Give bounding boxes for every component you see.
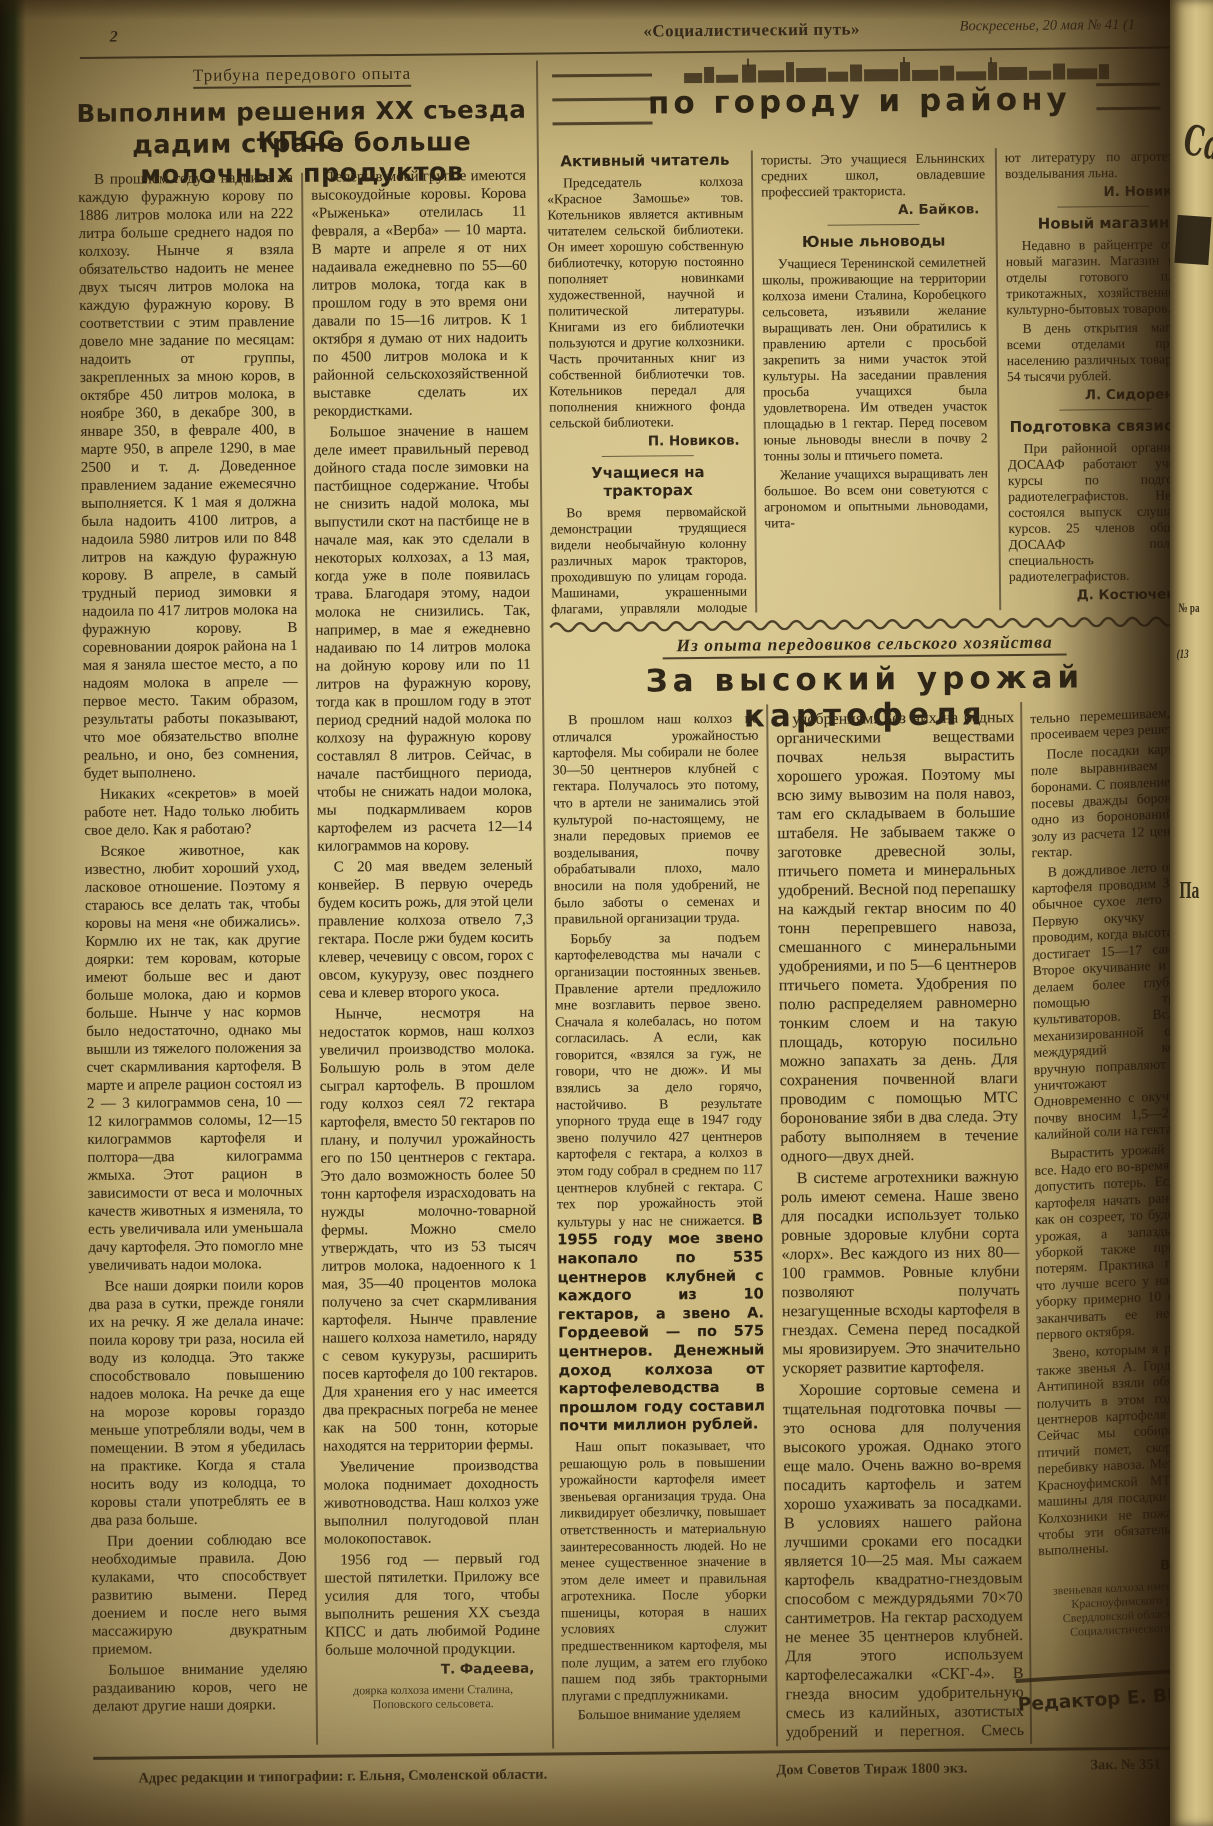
paragraph: Увеличение производства молока поднимает… <box>323 1457 539 1549</box>
article-title: Учащиеся на тракторах <box>550 463 746 501</box>
adjacent-page-fragment: Па <box>1179 878 1199 905</box>
milk-article-kicker: Трибуна передового опыта <box>193 64 411 89</box>
paragraph: Борьбу за подъем картофелеводства мы нач… <box>554 929 765 1436</box>
signature: П. Новиков. <box>550 433 740 451</box>
paragraph: тористы. Это учащиеся Ельнинских средних… <box>761 150 985 200</box>
adjacent-page-fragment: № ра <box>1179 600 1200 616</box>
newspaper-page: 2 «Социалистический путь» Воскресенье, 2… <box>0 0 1213 1826</box>
article-title: Подготовка связистов <box>1007 416 1179 436</box>
potato-column-1: В прошлом наш колхоз не отличался урожай… <box>552 710 768 1748</box>
article-title: Новый магазин <box>1005 213 1179 233</box>
paragraph: Недавно в райцентре открыт новый магазин… <box>1006 236 1180 318</box>
article-separator <box>1059 409 1151 411</box>
paragraph: Хорошие сортовые семена и тщательная под… <box>783 1379 1024 1746</box>
paragraph: В системе агротехники важную роль имеют … <box>781 1167 1021 1378</box>
paragraph: Никаких «секретов» в моей работе нет. На… <box>84 784 300 840</box>
paragraph: Нынче, несмотря на недостаток кормов, на… <box>319 1004 538 1456</box>
decorative-dash <box>552 73 652 76</box>
paragraph: Все наши доярки поили коров два раза в с… <box>89 1276 306 1530</box>
paragraph: Вырастить урожай — это не все. Надо его … <box>1034 1138 1189 1344</box>
potato-kicker-wrap: Из опыта передовиков сельского хозяйства <box>549 630 1179 657</box>
adjacent-page-masthead-block <box>1174 215 1211 265</box>
paragraph: В прошлом году я надоила на каждую фураж… <box>78 169 299 783</box>
paragraph: В день открытия магазина всеми отделами … <box>1006 319 1179 385</box>
paragraph: 1956 год — первый год шестой пятилетки. … <box>324 1550 540 1660</box>
paragraph: тельно перемешиваем, а затем просеиваем … <box>1030 706 1189 744</box>
city-column-1: Активный читатель Председатель колхоза «… <box>547 151 747 619</box>
paragraph: Большое значение в нашем деле имеет прав… <box>313 422 532 856</box>
paragraph: Учащиеся Теренинской семилетней школы, п… <box>762 254 988 464</box>
dateline: Воскресенье, 20 мая № 41 (1 <box>960 16 1200 35</box>
adjacent-page-edge: Са № ра (13 Па <box>1170 0 1213 1826</box>
potato-article-kicker: Из опыта передовиков сельского хозяйства <box>662 632 1066 660</box>
potato-column-2: удобрениям. Без них на бедных органическ… <box>776 708 1024 1746</box>
milk-column-2: Теперь в моей группе имеются высокоудойн… <box>311 167 541 1747</box>
potato-column-divider <box>766 704 778 1746</box>
article-separator <box>828 224 920 226</box>
page-number: 2 <box>110 29 118 47</box>
milk-signature-role: Поповского сельсовета. <box>326 1696 541 1712</box>
paragraph: В дождливое лето окучивание картофеля пр… <box>1032 856 1190 1144</box>
milk-column-1: В прошлом году я надоила на каждую фураж… <box>78 169 308 1749</box>
article-title: Юные льноводы <box>762 231 986 251</box>
city-section-title: по городу и району <box>544 80 1174 122</box>
paragraph: При доении соблюдаю все необходимые прав… <box>91 1531 307 1659</box>
paragraph: Во время первомайской демонстрации трудя… <box>550 504 747 619</box>
paragraph: Большое внимание уделяем <box>562 1706 768 1725</box>
paragraph: ют литературу по агротехнике возделывани… <box>1005 148 1179 182</box>
paragraph: С 20 мая введем зеленый конвейер. В перв… <box>318 857 534 1003</box>
milk-signature-role: доярка колхоза имени Сталина, <box>326 1682 541 1698</box>
adjacent-page-fragment: Са <box>1182 114 1213 170</box>
cityscape-icon <box>682 55 1112 85</box>
article-separator <box>1057 206 1149 208</box>
city-column-2: тористы. Это учащиеся Ельнинских средних… <box>761 148 989 616</box>
paragraph: Желание учащихся выращивать лен большое.… <box>764 465 989 531</box>
paragraph: Большое внимание уделяю раздаиванию коро… <box>92 1660 308 1716</box>
potato-column-3: тельно перемешиваем, а затем просеиваем … <box>1030 706 1189 1667</box>
article-separator <box>602 455 694 457</box>
city-column-3: ют литературу по агротехнике возделывани… <box>1005 146 1179 614</box>
milk-signature-name: Т. Фадеева, <box>325 1661 534 1679</box>
signature: А. Байков. <box>761 201 979 219</box>
city-column-divider <box>751 151 757 613</box>
paragraph: Наш опыт показывает, что решающую роль в… <box>559 1437 768 1704</box>
paragraph: удобрениям. Без них на бедных органическ… <box>776 708 1018 1166</box>
milk-article-kicker-wrap: Трибуна передового опыта <box>77 63 527 87</box>
paragraph: Звено, которым я руковожу, а также звень… <box>1036 1338 1189 1560</box>
paragraph-text: Борьбу за подъем картофелеводства мы нач… <box>554 929 763 1229</box>
city-column-divider <box>995 148 1001 610</box>
paragraph: Председатель колхоза «Красное Замошье» т… <box>547 174 745 432</box>
signature: Л. Сидоренко. <box>1007 386 1179 404</box>
paragraph: В прошлом наш колхоз не отличался урожай… <box>552 710 760 928</box>
article-title: Активный читатель <box>547 151 743 171</box>
imprint-print-info: Дом Советов Тираж 1800 экз. <box>776 1761 967 1780</box>
paragraph: Теперь в моей группе имеются высокоудойн… <box>311 167 528 421</box>
imprint-rule <box>93 1746 1193 1760</box>
paragraph: Всякое животное, как известно, любит хор… <box>84 841 303 1275</box>
paragraph: После посадки картофельное поле выравнив… <box>1031 738 1190 862</box>
adjacent-page-fragment: (13 <box>1177 646 1189 662</box>
imprint-address: Адрес редакции и типографии: г. Ельня, С… <box>138 1767 547 1788</box>
paragraph: При районной организации ДОСААФ работают… <box>1008 439 1180 585</box>
masthead-title: «Социалистический путь» <box>552 19 952 43</box>
bold-passage: В 1955 году мое звено накопало по 535 це… <box>557 1211 765 1434</box>
signature: И. Новиков. <box>1005 183 1179 201</box>
signature: Д. Костюченко. <box>1009 586 1179 604</box>
